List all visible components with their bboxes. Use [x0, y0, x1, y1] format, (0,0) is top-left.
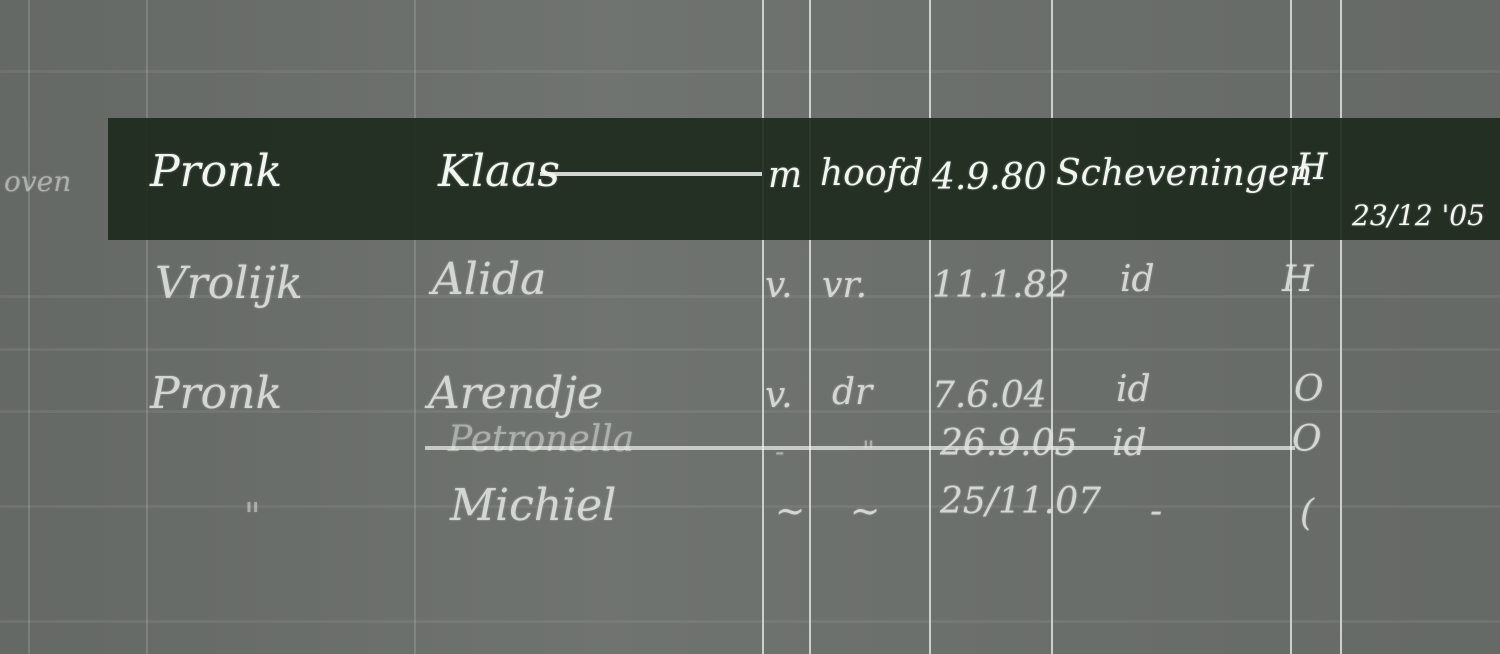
hl-sex: m	[768, 158, 802, 194]
row-birth-place: id	[1116, 372, 1151, 408]
column-rule	[146, 0, 148, 654]
row-birth-date: 7.6.04	[932, 378, 1047, 414]
column-rule	[1051, 0, 1053, 654]
ruled-line	[0, 348, 1500, 351]
row-given-name: Michiel	[450, 484, 616, 528]
hl-birth-place: Scheveningen	[1056, 156, 1312, 192]
row-surname: Vrolijk	[155, 262, 303, 306]
row-sex: v.	[765, 268, 793, 304]
ruled-line	[0, 70, 1500, 73]
row-sex: v.	[765, 378, 793, 414]
hl-note-date: 23/12 '05	[1352, 202, 1485, 230]
row-given-name-struck: Petronella	[448, 422, 634, 458]
column-rule	[809, 0, 811, 654]
ruled-line	[0, 505, 1500, 508]
strikethrough	[540, 172, 762, 176]
column-rule	[1290, 0, 1292, 654]
row-given-name: Alida	[432, 258, 546, 302]
row-surname: Pronk	[150, 372, 282, 416]
row-relation: vr.	[822, 268, 867, 304]
hl-relation: hoofd	[820, 156, 923, 192]
register-page: oven Pronk Klaas m hoofd 4.9.80 Scheveni…	[0, 0, 1500, 654]
row-relation: ~	[850, 494, 880, 530]
row-birth-place: id	[1112, 426, 1147, 462]
column-rule	[1340, 0, 1342, 654]
row-birth-date: 26.9.05	[940, 426, 1077, 462]
hl-religion: H	[1296, 150, 1327, 186]
row-given-name: Arendje	[428, 372, 603, 416]
column-rule	[762, 0, 764, 654]
margin-note: oven	[4, 168, 71, 196]
row-relation: "	[862, 438, 875, 466]
row-religion: O	[1292, 422, 1322, 458]
hl-birth-date: 4.9.80	[932, 160, 1047, 196]
column-rule	[414, 0, 416, 654]
row-birth-place: -	[1150, 494, 1162, 530]
row-surname-ditto: "	[244, 500, 261, 536]
row-relation: dr	[832, 375, 872, 411]
row-religion: O	[1294, 372, 1324, 408]
hl-surname: Pronk	[150, 150, 282, 194]
strikethrough	[425, 446, 1295, 450]
row-sex: ~	[775, 494, 805, 530]
row-birth-date: 11.1.82	[932, 268, 1069, 304]
row-religion: (	[1300, 496, 1314, 532]
column-rule	[929, 0, 931, 654]
row-sex: -	[775, 438, 784, 466]
ruled-line	[0, 620, 1500, 623]
row-birth-place: id	[1120, 262, 1155, 298]
row-birth-date: 25/11.07	[940, 484, 1101, 520]
column-rule	[28, 0, 30, 654]
row-religion: H	[1282, 262, 1313, 298]
